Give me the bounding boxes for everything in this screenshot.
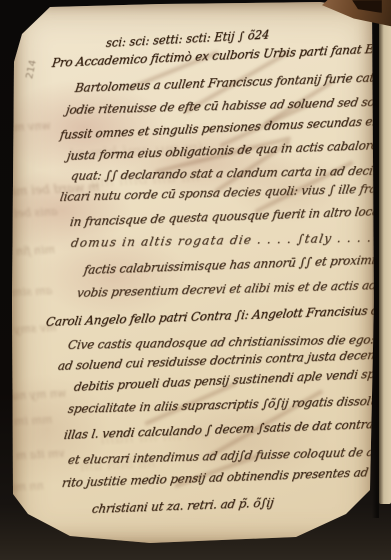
manuscript-text-line: domus in altis rogata die . . . . ∫taly …	[70, 230, 391, 250]
manuscript-text-line: illas l. vendi calculando ∫ decem ∫satis…	[63, 416, 391, 442]
manuscript-text-line: specialitate in aliis suprascriptis ∫õ∫i…	[67, 394, 391, 416]
showthrough-mark: wn my nu	[12, 387, 67, 403]
manuscript-page: wnv mm ward bei mianis beimin finam simm…	[10, 2, 378, 550]
manuscript-text-line: Bartolomeus a cullent Franciscus fontani…	[74, 69, 391, 95]
showthrough-mark: vm ita m	[16, 447, 65, 463]
showthrough-mark: wnv m	[14, 119, 51, 134]
manuscript-text-line: christiani ut za. retri. ad p̃. õ∫ij	[91, 496, 275, 516]
manuscript-text-line: quat: ∫∫ declarando stat a clandum carta…	[70, 163, 391, 183]
showthrough-mark: mm im	[14, 413, 53, 428]
showthrough-mark: anis bei	[14, 205, 58, 220]
manuscript-text-line: jodie ritenuisse de efte cū habisse ad s…	[65, 94, 391, 117]
pencil-folio-number: 214	[24, 59, 39, 80]
manuscript-text-line: Pro Accademico fictimò ex culboris Urbis…	[51, 40, 391, 70]
manuscript-text-line: fussit omnes et singulis pensiones domus…	[59, 112, 391, 143]
showthrough-mark: min fin	[16, 243, 56, 258]
adjacent-page-edge	[379, 12, 391, 504]
manuscript-text-line: Caroli Angelo fello patri Contra ∫i: Ang…	[45, 303, 391, 329]
manuscript-text-line: factis calabruissimisque has annorū ∫∫ e…	[83, 251, 391, 278]
photo-backdrop: wnv mm ward bei mianis beimin finam simm…	[0, 0, 391, 560]
showthrough-mark: am sim	[12, 284, 53, 299]
manuscript-text-line: vobis presentium decrevi et alibi mis et…	[76, 277, 391, 300]
binding-gap-shadow	[372, 8, 379, 518]
manuscript-text-line: in francisque de questa quousque fuerit …	[69, 203, 391, 229]
showthrough-mark: nn mi	[12, 479, 44, 494]
